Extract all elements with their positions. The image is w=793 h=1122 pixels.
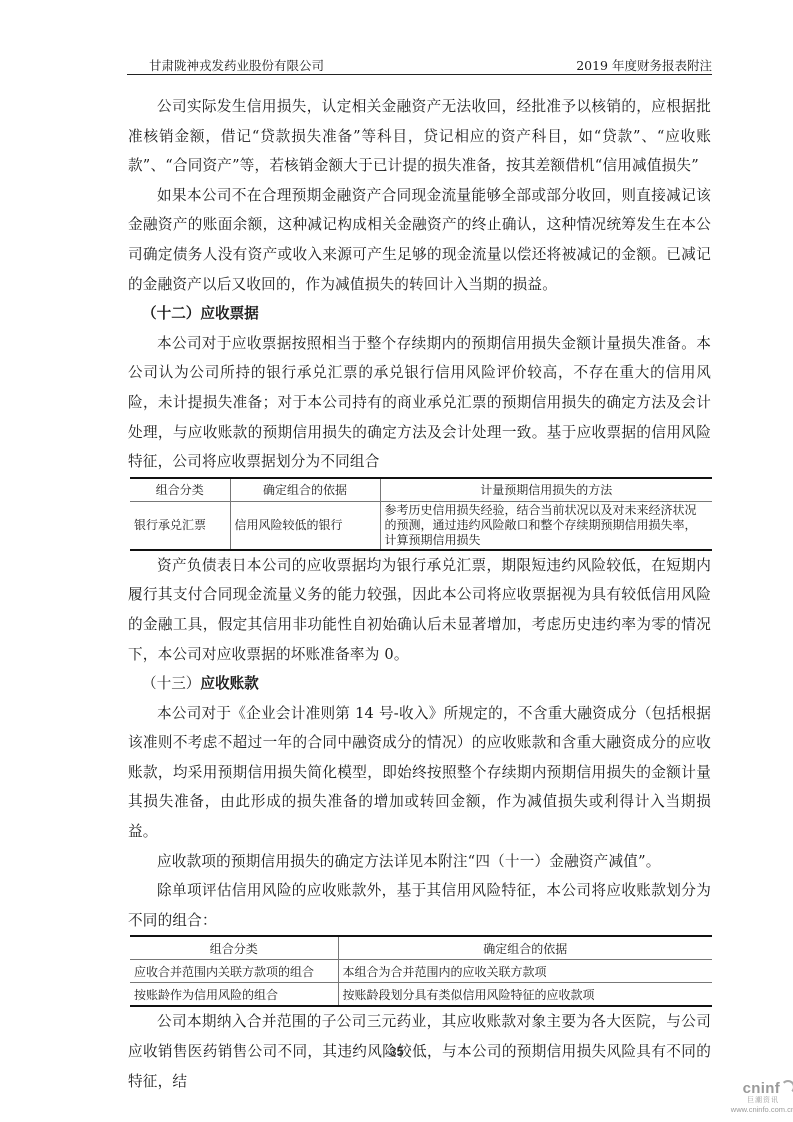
table-cell: 按账龄作为信用风险的组合 <box>130 983 338 1007</box>
paragraph-direct-writedown: 如果本公司不在合理预期金融资产合同现金流量能够全部或部分收回，则直接减记该金融资… <box>128 181 711 299</box>
section-title: 应收票据 <box>200 305 258 322</box>
table-cell: 银行承兑汇票 <box>130 501 230 550</box>
section-number: （十二） <box>142 305 200 322</box>
notes-receivable-portfolio-table: 组合分类 确定组合的依据 计量预期信用损失的方法 银行承兑汇票 信用风险较低的银… <box>130 477 712 551</box>
page-header: 甘肃陇神戎发药业股份有限公司 2019 年度财务报表附注 <box>127 52 712 75</box>
table-cell: 信用风险较低的银行 <box>230 501 380 550</box>
paragraph-ar-simplified-model: 本公司对于《企业会计准则第 14 号-收入》所规定的，不含重大融资成分（包括根据… <box>128 699 711 847</box>
paragraph-ar-portfolio-intro: 除单项评估信用风险的应收账款外，基于其信用风险特征，本公司将应收账款划分为不同的… <box>128 876 711 935</box>
watermark-brand: cninf <box>720 1080 793 1096</box>
page-number: 35 <box>0 1044 793 1059</box>
section-title: 应收账款 <box>200 675 258 692</box>
column-header: 计量预期信用损失的方法 <box>380 478 712 502</box>
column-header: 组合分类 <box>130 478 230 502</box>
column-header: 确定组合的依据 <box>230 478 380 502</box>
table-cell: 本组合为合并范围内的应收关联方款项 <box>338 960 712 983</box>
document-body: 公司实际发生信用损失，认定相关金融资产无法收回，经批准予以核销的，应根据批准核销… <box>128 92 711 1096</box>
table-cell: 参考历史信用损失经验，结合当前状况以及对未来经济状况的预测，通过违约风险敞口和整… <box>380 501 712 550</box>
table-row: 按账龄作为信用风险的组合 按账龄段划分具有类似信用风险特征的应收款项 <box>130 983 712 1007</box>
watermark-url: www.cninfo.com.cn <box>720 1105 793 1114</box>
report-title: 2019 年度财务报表附注 <box>576 56 712 74</box>
table-row: 应收合并范围内关联方款项的组合 本组合为合并范围内的应收关联方款项 <box>130 960 712 983</box>
company-name: 甘肃陇神戎发药业股份有限公司 <box>149 56 324 74</box>
accounts-receivable-portfolio-table: 组合分类 确定组合的依据 应收合并范围内关联方款项的组合 本组合为合并范围内的应… <box>130 935 712 1007</box>
section-heading-notes-receivable: （十二）应收票据 <box>128 299 711 329</box>
section-number: （十三） <box>142 675 200 692</box>
watermark-brand-text: cninf <box>743 1080 780 1097</box>
paragraph-bank-acceptance: 资产负债表日本公司的应收票据均为银行承兑汇票，期限短违约风险较低，在短期内履行其… <box>128 551 711 669</box>
watermark-brand-cn: 巨潮资讯 <box>720 1096 779 1105</box>
column-header: 确定组合的依据 <box>338 936 712 960</box>
section-heading-accounts-receivable: （十三）应收账款 <box>128 669 711 699</box>
cninfo-logo-icon <box>781 1080 793 1094</box>
paragraph-writeoff: 公司实际发生信用损失，认定相关金融资产无法收回，经批准予以核销的，应根据批准核销… <box>128 92 711 181</box>
cninfo-watermark: cninf 巨潮资讯 www.cninfo.com.cn <box>720 1080 793 1114</box>
table-header-row: 组合分类 确定组合的依据 <box>130 936 712 960</box>
paragraph-ar-reference: 应收款项的预期信用损失的确定方法详见本附注“四（十一）金融资产减值”。 <box>128 847 711 877</box>
paragraph-notes-receivable-policy: 本公司对于应收票据按照相当于整个存续期内的预期信用损失金额计量损失准备。本公司认… <box>128 329 711 477</box>
table-cell: 应收合并范围内关联方款项的组合 <box>130 960 338 983</box>
table-header-row: 组合分类 确定组合的依据 计量预期信用损失的方法 <box>130 478 712 502</box>
column-header: 组合分类 <box>130 936 338 960</box>
table-row: 银行承兑汇票 信用风险较低的银行 参考历史信用损失经验，结合当前状况以及对未来经… <box>130 501 712 550</box>
table-cell: 按账龄段划分具有类似信用风险特征的应收款项 <box>338 983 712 1007</box>
